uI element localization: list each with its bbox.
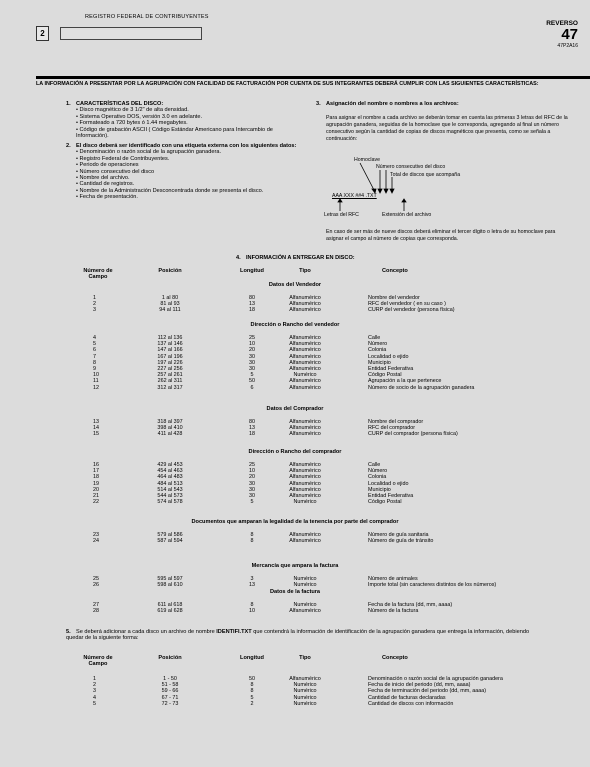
- cell: 6: [93, 347, 96, 353]
- cell: 17: [93, 468, 99, 474]
- cell: 5: [93, 701, 96, 707]
- cell: 12: [93, 385, 99, 391]
- cell: 13: [93, 419, 99, 425]
- cell: 25: [222, 335, 282, 341]
- cell: 27: [93, 602, 99, 608]
- cell: Fecha de inicio del periodo (dd, mm, aaa…: [368, 682, 470, 688]
- bullet-list: • Disco magnético de 3 1/2" de alta dens…: [66, 107, 306, 139]
- cell: Alfanumérico: [275, 481, 335, 487]
- cell: 8: [93, 360, 96, 366]
- rfc-label: REGISTRO FEDERAL DE CONTRIBUYENTES: [85, 14, 209, 20]
- group-title: Documentos que amparan la legalidad de l…: [0, 519, 590, 525]
- cell: 20: [222, 347, 282, 353]
- column-header: Posición: [140, 268, 200, 274]
- cell: 544 al 573: [140, 493, 200, 499]
- section-number: 3.: [316, 101, 326, 107]
- group-title: Datos de la factura: [0, 589, 590, 595]
- cell: Alfanumérico: [275, 425, 335, 431]
- cell: 464 al 483: [140, 474, 200, 480]
- column-header: Concepto: [382, 655, 408, 661]
- cell: 23: [93, 532, 99, 538]
- section-disk-info-title: 4.INFORMACIÓN A ENTREGAR EN DISCO:: [236, 255, 355, 261]
- cell: 2: [93, 301, 96, 307]
- intro-text: LA INFORMACIÓN A PRESENTAR POR LA AGRUPA…: [36, 80, 556, 88]
- cell: RFC del comprador: [368, 425, 415, 431]
- cell: Entidad Federativa: [368, 493, 413, 499]
- cell: Alfanumérico: [275, 462, 335, 468]
- cell: 10: [93, 372, 99, 378]
- cell: Numérico: [275, 499, 335, 505]
- cell: 18: [93, 474, 99, 480]
- cell: 19: [93, 481, 99, 487]
- cell: 30: [222, 366, 282, 372]
- section5-text-before: Se deberá adicionar a cada disco un arch…: [76, 629, 216, 635]
- cell: 15: [93, 431, 99, 437]
- cell: 20: [222, 474, 282, 480]
- cell: Número: [368, 341, 387, 347]
- cell: Numérico: [275, 682, 335, 688]
- cell: 598 al 610: [140, 582, 200, 588]
- cell: 587 al 594: [140, 538, 200, 544]
- cell: 94 al 111: [140, 307, 200, 313]
- naming-paragraph: Para asignar el nombre a cada archivo se…: [316, 115, 571, 143]
- cell: 611 al 618: [140, 602, 200, 608]
- cell: Localidad o ejido: [368, 354, 408, 360]
- bullet-item: • Fecha de presentación.: [76, 194, 306, 200]
- cell: 619 al 628: [140, 608, 200, 614]
- cell: 167 al 196: [140, 354, 200, 360]
- cell: 16: [93, 462, 99, 468]
- column-header: Longitud: [222, 655, 282, 661]
- cell: CURP del comprador (persona física): [368, 431, 458, 437]
- cell: Colonia: [368, 347, 386, 353]
- cell: 24: [93, 538, 99, 544]
- cell: Agrupación a la que pertenece: [368, 378, 441, 384]
- section-number: 4.: [236, 255, 246, 261]
- column-header: Número de Campo: [78, 655, 118, 667]
- cell: 2: [93, 682, 96, 688]
- cell: Cantidad de facturas declaradas: [368, 695, 446, 701]
- cell: Número de guía de tránsito: [368, 538, 433, 544]
- cell: 80: [222, 295, 282, 301]
- cell: Entidad Federativa: [368, 366, 413, 372]
- cell: 80: [222, 419, 282, 425]
- cell: Municipio: [368, 360, 391, 366]
- cell: 595 al 597: [140, 576, 200, 582]
- cell: 72 - 73: [140, 701, 200, 707]
- column-header: Concepto: [382, 268, 408, 274]
- cell: 1 al 80: [140, 295, 200, 301]
- cell: 11: [93, 378, 99, 384]
- cell: 6: [222, 385, 282, 391]
- cell: Alfanumérico: [275, 360, 335, 366]
- cell: 318 al 397: [140, 419, 200, 425]
- cell: Número de la factura: [368, 608, 418, 614]
- cell: Código Postal: [368, 372, 402, 378]
- column-header: Longitud: [222, 268, 282, 274]
- group-title: Mercancía que ampara la factura: [0, 563, 590, 569]
- cell: Numérico: [275, 372, 335, 378]
- note-paragraph: En caso de ser más de nueve discos deber…: [326, 229, 566, 243]
- cell: 9: [93, 366, 96, 372]
- cell: 429 al 453: [140, 462, 200, 468]
- page-number-box: 2: [36, 26, 49, 41]
- cell: 1: [93, 295, 96, 301]
- cell: 574 al 578: [140, 499, 200, 505]
- cell: Alfanumérico: [275, 301, 335, 307]
- cell: Alfanumérico: [275, 385, 335, 391]
- cell: 13: [222, 425, 282, 431]
- cell: 18: [222, 431, 282, 437]
- cell: Alfanumérico: [275, 366, 335, 372]
- form-number: 47: [561, 26, 578, 43]
- cell: RFC del vendedor ( en su caso ): [368, 301, 446, 307]
- cell: Alfanumérico: [275, 378, 335, 384]
- cell: 5: [222, 372, 282, 378]
- cell: 28: [93, 608, 99, 614]
- cell: CURP del vendedor (persona física): [368, 307, 455, 313]
- cell: 8: [222, 688, 282, 694]
- cell: 227 al 256: [140, 366, 200, 372]
- cell: 50: [222, 378, 282, 384]
- cell: 25: [93, 576, 99, 582]
- group-title: Datos del Comprador: [0, 406, 590, 412]
- cell: Fecha de la factura (dd, mm, aaaa): [368, 602, 452, 608]
- cell: 398 al 410: [140, 425, 200, 431]
- cell: Alfanumérico: [275, 295, 335, 301]
- cell: 50: [222, 676, 282, 682]
- cell: 1 - 50: [140, 676, 200, 682]
- cell: 20: [93, 487, 99, 493]
- cell: 7: [93, 354, 96, 360]
- group-title: Datos del Vendedor: [0, 282, 590, 288]
- cell: 484 al 513: [140, 481, 200, 487]
- cell: 3: [93, 307, 96, 313]
- cell: 51 - 58: [140, 682, 200, 688]
- column-header: Número de Campo: [78, 268, 118, 280]
- cell: Alfanumérico: [275, 431, 335, 437]
- cell: 8: [222, 682, 282, 688]
- cell: Nombre del vendedor: [368, 295, 420, 301]
- cell: Municipio: [368, 487, 391, 493]
- section-title: El disco deberá ser identificado con una…: [76, 143, 296, 149]
- cell: Número: [368, 468, 387, 474]
- cell: 3: [222, 576, 282, 582]
- section-disk-label: 2.El disco deberá ser identificado con u…: [66, 143, 306, 201]
- cell: 30: [222, 493, 282, 499]
- rfc-field[interactable]: [60, 27, 202, 40]
- cell: 10: [222, 341, 282, 347]
- cell: Alfanumérico: [275, 307, 335, 313]
- cell: Numérico: [275, 701, 335, 707]
- group-title: Dirección o Rancho del vendedor: [0, 322, 590, 328]
- cell: 22: [93, 499, 99, 505]
- divider: [36, 76, 590, 79]
- cell: 21: [93, 493, 99, 499]
- filename-diagram: Homoclave Número consecutivo del disco T…: [324, 157, 464, 225]
- cell: Alfanumérico: [275, 419, 335, 425]
- cell: 197 al 226: [140, 360, 200, 366]
- cell: 3: [93, 688, 96, 694]
- cell: 18: [222, 307, 282, 313]
- cell: Número de animales: [368, 576, 418, 582]
- cell: 30: [222, 360, 282, 366]
- cell: Alfanumérico: [275, 354, 335, 360]
- cell: Colonia: [368, 474, 386, 480]
- cell: Nombre del comprador: [368, 419, 423, 425]
- cell: 5: [222, 695, 282, 701]
- cell: 8: [222, 602, 282, 608]
- group-title: Dirección o Rancho del comprador: [0, 449, 590, 455]
- cell: 454 al 463: [140, 468, 200, 474]
- form-code: 47P2A16: [557, 43, 578, 49]
- cell: 1: [93, 676, 96, 682]
- cell: 26: [93, 582, 99, 588]
- cell: 13: [222, 301, 282, 307]
- section-disk-characteristics: 1.CARACTERÍSTICAS DEL DISCO: • Disco mag…: [66, 101, 306, 139]
- section-title: Asignación del nombre o nombres a los ar…: [326, 101, 459, 107]
- cell: Fecha de terminación del periodo (dd, mm…: [368, 688, 486, 694]
- cell: 112 al 136: [140, 335, 200, 341]
- cell: 5: [93, 341, 96, 347]
- cell: Código Postal: [368, 499, 402, 505]
- cell: Numérico: [275, 576, 335, 582]
- cell: 30: [222, 487, 282, 493]
- cell: 137 al 146: [140, 341, 200, 347]
- cell: 81 al 93: [140, 301, 200, 307]
- section-title: CARACTERÍSTICAS DEL DISCO:: [76, 101, 163, 107]
- section-number: 2.: [66, 143, 76, 149]
- cell: Alfanumérico: [275, 608, 335, 614]
- cell: 13: [222, 582, 282, 588]
- cell: Importe total (sin caracteres distintos …: [368, 582, 496, 588]
- cell: Calle: [368, 335, 380, 341]
- cell: Alfanumérico: [275, 474, 335, 480]
- cell: 30: [222, 481, 282, 487]
- cell: Alfanumérico: [275, 335, 335, 341]
- cell: 10: [222, 608, 282, 614]
- cell: Número de guía sanitaria: [368, 532, 429, 538]
- cell: Alfanumérico: [275, 493, 335, 499]
- cell: Denominación o razón social de la agrupa…: [368, 676, 503, 682]
- bullet-list: • Denominación o razón social de la agru…: [66, 149, 306, 200]
- column-header: Tipo: [275, 655, 335, 661]
- cell: 5: [222, 499, 282, 505]
- identifi-filename: IDENTIFI.TXT: [216, 629, 251, 635]
- section-title: INFORMACIÓN A ENTREGAR EN DISCO:: [246, 255, 355, 261]
- cell: 8: [222, 532, 282, 538]
- bullet-item: • Código de grabación ASCII ( Código Est…: [76, 127, 306, 140]
- cell: Alfanumérico: [275, 532, 335, 538]
- cell: Numérico: [275, 582, 335, 588]
- cell: 67 - 71: [140, 695, 200, 701]
- cell: 59 - 66: [140, 688, 200, 694]
- cell: 25: [222, 462, 282, 468]
- section-identifi-file: 5.Se deberá adicionar a cada disco un ar…: [66, 629, 536, 642]
- cell: Alfanumérico: [275, 347, 335, 353]
- cell: 312 al 317: [140, 385, 200, 391]
- section-number: 1.: [66, 101, 76, 107]
- cell: Numérico: [275, 688, 335, 694]
- cell: Calle: [368, 462, 380, 468]
- diagram-arrows: [324, 157, 464, 225]
- cell: Número de socio de la agrupación ganader…: [368, 385, 474, 391]
- cell: Numérico: [275, 695, 335, 701]
- cell: 257 al 261: [140, 372, 200, 378]
- cell: 147 al 166: [140, 347, 200, 353]
- cell: 4: [93, 695, 96, 701]
- cell: 8: [222, 538, 282, 544]
- cell: 2: [222, 701, 282, 707]
- cell: Alfanumérico: [275, 341, 335, 347]
- column-header: Tipo: [275, 268, 335, 274]
- cell: 4: [93, 335, 96, 341]
- cell: Numérico: [275, 602, 335, 608]
- cell: Alfanumérico: [275, 538, 335, 544]
- cell: 10: [222, 468, 282, 474]
- cell: Cantidad de discos con información: [368, 701, 453, 707]
- cell: Alfanumérico: [275, 487, 335, 493]
- cell: Localidad o ejido: [368, 481, 408, 487]
- cell: 14: [93, 425, 99, 431]
- cell: 579 al 586: [140, 532, 200, 538]
- cell: Alfanumérico: [275, 468, 335, 474]
- cell: 514 al 543: [140, 487, 200, 493]
- section-file-naming: 3.Asignación del nombre o nombres a los …: [316, 101, 571, 143]
- cell: Alfanumérico: [275, 676, 335, 682]
- cell: 262 al 311: [140, 378, 200, 384]
- cell: 411 al 428: [140, 431, 200, 437]
- cell: 30: [222, 354, 282, 360]
- column-header: Posición: [140, 655, 200, 661]
